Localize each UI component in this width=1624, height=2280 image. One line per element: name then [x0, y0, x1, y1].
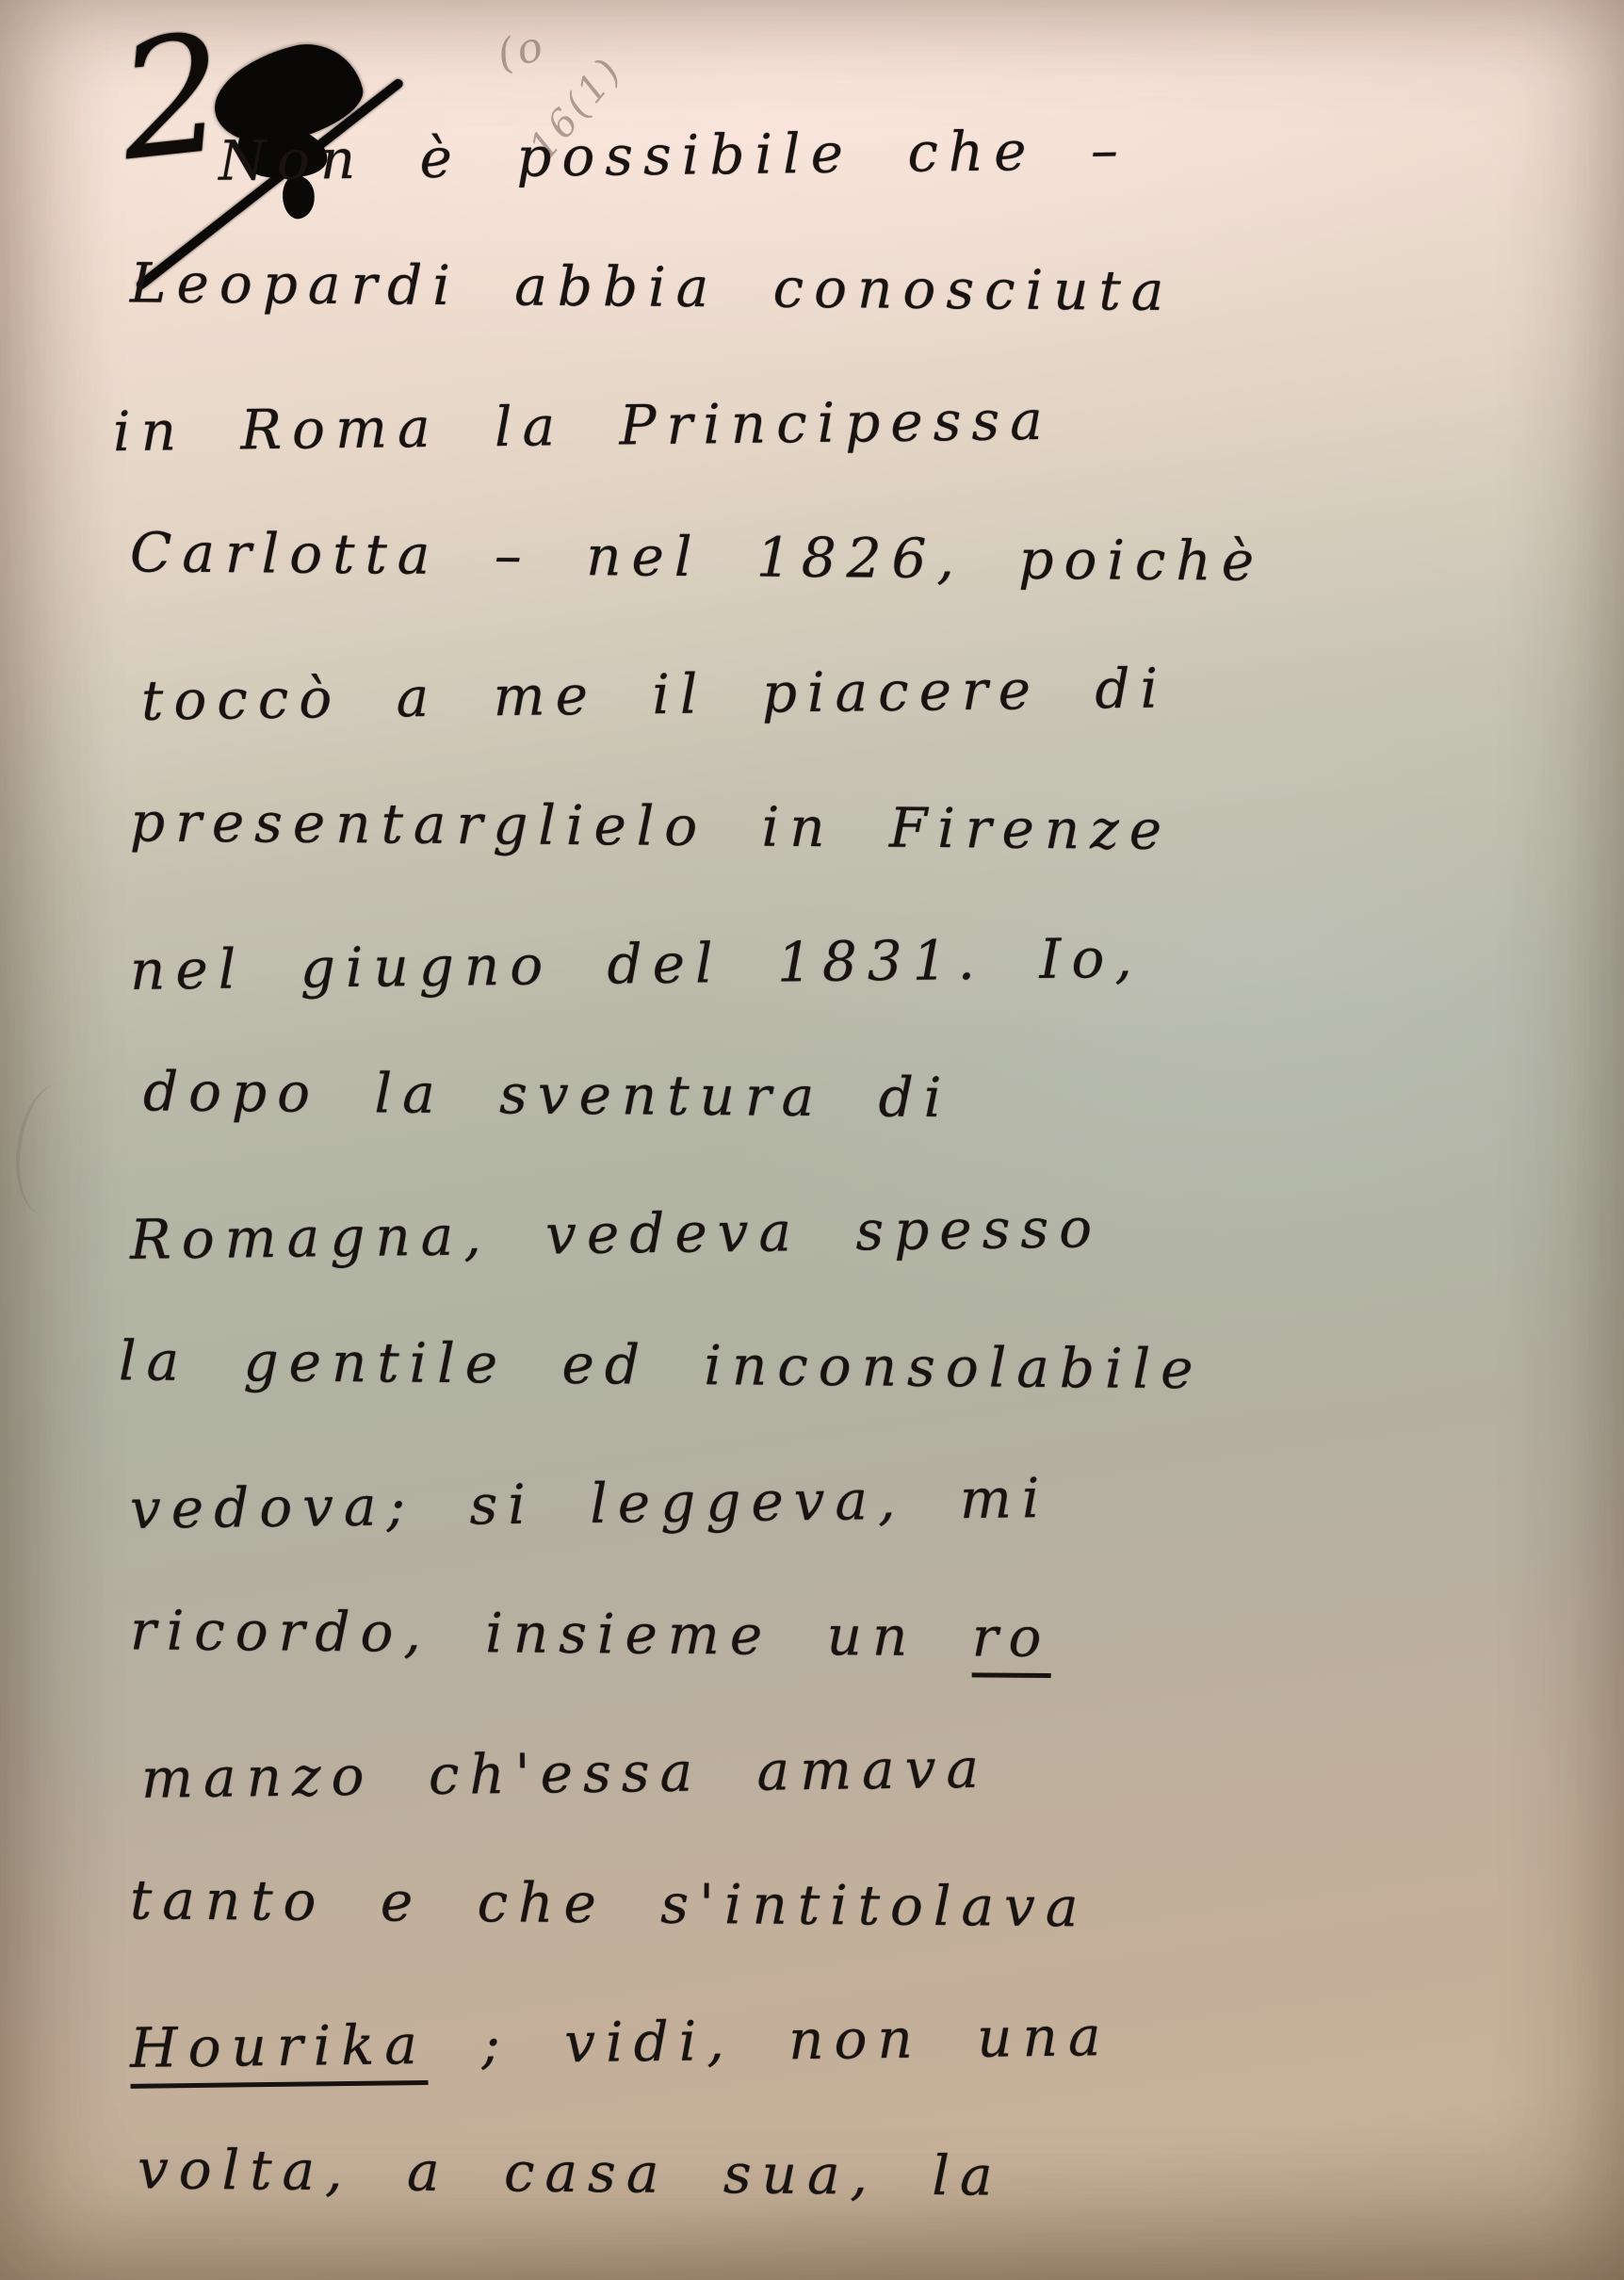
- manuscript-line: Hourika ; vidi, non una: [0, 1962, 1624, 2117]
- manuscript-line: manzo ch'essa amava: [0, 1693, 1624, 1848]
- archive-stamp-top: (o: [493, 22, 551, 80]
- manuscript-line: ricordo, insieme un ro: [0, 1562, 1624, 1710]
- manuscript-line: dopo la sventura di: [0, 1023, 1624, 1171]
- text-segment: la gentile ed inconsolabile: [119, 1328, 1204, 1401]
- text-segment: manzo ch'essa amava: [141, 1736, 990, 1811]
- text-segment: Non è possibile che –: [219, 118, 1129, 193]
- manuscript-line: la gentile ed inconsolabile: [0, 1293, 1624, 1441]
- manuscript-line: in Roma la Principessa: [0, 346, 1624, 500]
- manuscript-line: Non è possibile che –: [0, 76, 1624, 231]
- manuscript-page: 2 (o 16(1) Non è possibile che –Leopardi…: [0, 0, 1624, 2280]
- text-segment: tanto e che s'intitolava: [130, 1867, 1089, 1939]
- text-segment: presentarglielo in Firenze: [130, 790, 1173, 862]
- manuscript-line: Leopardi abbia conosciuta: [0, 215, 1624, 363]
- text-segment: in Roma la Principessa: [113, 388, 1054, 464]
- text-segment: dopo la sventura di: [143, 1059, 952, 1130]
- text-segment: ricordo, insieme un: [130, 1598, 972, 1669]
- manuscript-line: vedova; si leggeva, mi: [0, 1424, 1624, 1578]
- manuscript-line: Romagna, vedeva spesso: [0, 1154, 1624, 1309]
- manuscript-text: Non è possibile che –Leopardi abbia cono…: [0, 87, 1624, 2242]
- underlined-word: ro: [971, 1604, 1051, 1678]
- text-segment: volta, a casa sua, la: [138, 2137, 1003, 2207]
- text-segment: Carlotta – nel 1826, poichè: [130, 520, 1265, 593]
- text-segment: Romagna, vedeva spesso: [130, 1196, 1103, 1272]
- manuscript-line: presentarglielo in Firenze: [0, 754, 1624, 902]
- manuscript-line: volta, a casa sua, la: [0, 2101, 1624, 2249]
- manuscript-line: nel giugno del 1831. Io,: [0, 885, 1624, 1039]
- text-segment: toccò a me il piacere di: [141, 656, 1169, 732]
- manuscript-line: tanto e che s'intitolava: [0, 1832, 1624, 1979]
- manuscript-line: toccò a me il piacere di: [0, 615, 1624, 770]
- manuscript-line: Carlotta – nel 1826, poichè: [0, 484, 1624, 632]
- text-segment: vedova; si leggeva, mi: [130, 1466, 1050, 1541]
- text-segment: ; vidi, non una: [427, 2004, 1111, 2076]
- underlined-word: Hourika: [130, 2012, 429, 2089]
- text-segment: Leopardi abbia conosciuta: [130, 251, 1175, 323]
- text-segment: nel giugno del 1831. Io,: [130, 926, 1143, 1002]
